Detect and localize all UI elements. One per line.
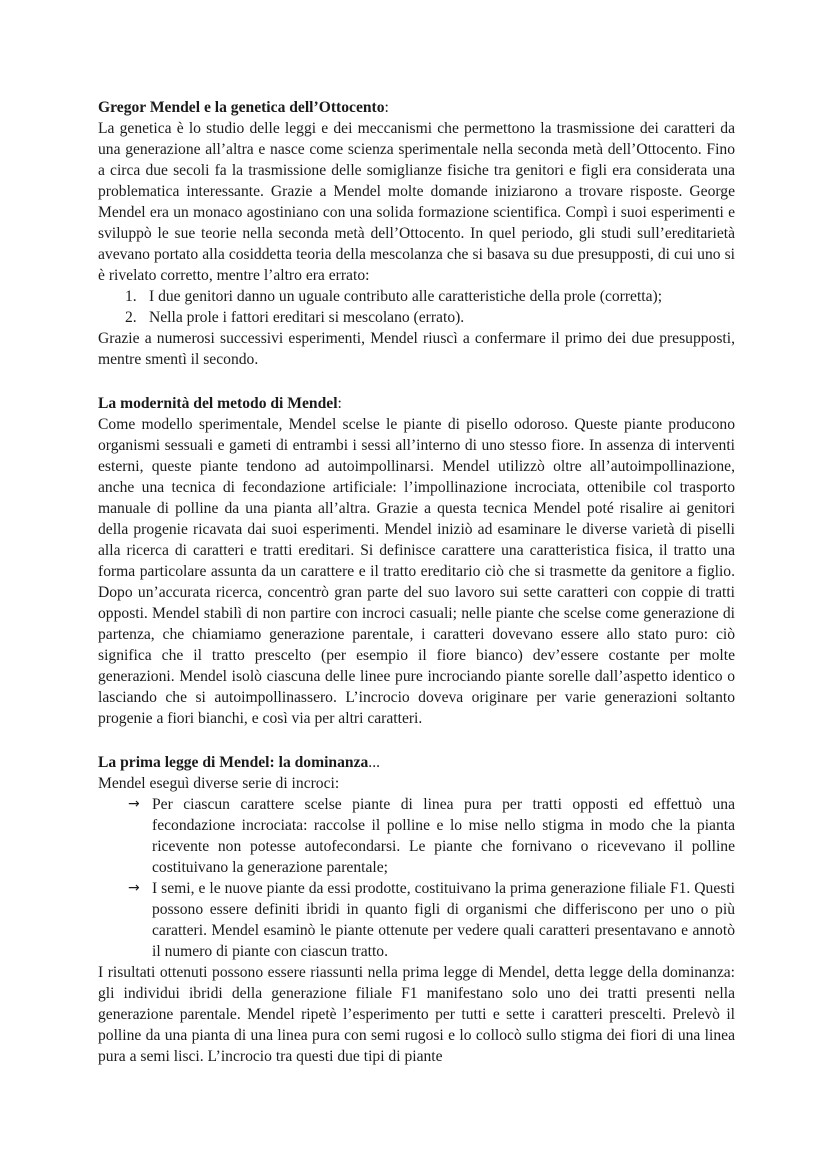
section-modernita-metodo: La modernità del metodo di Mendel: Come … [98,393,735,729]
section-heading-suffix: : [385,99,389,116]
arrow-bullet-icon: → [128,878,152,899]
section-heading: La modernità del metodo di Mendel: [98,393,735,414]
arrow-list: → Per ciascun carattere scelse piante di… [98,794,735,962]
list-item-text: I due genitori danno un uguale contribut… [149,286,735,307]
paragraph: La genetica è lo studio delle leggi e de… [98,118,735,286]
list-item-text: I semi, e le nuove piante da essi prodot… [152,878,735,962]
paragraph: I risultati ottenuti possono essere rias… [98,962,735,1067]
list-item: 2. Nella prole i fattori ereditari si me… [98,307,735,328]
paragraph: Come modello sperimentale, Mendel scelse… [98,414,735,729]
list-item-number: 2. [125,307,149,328]
list-item-text: Nella prole i fattori ereditari si mesco… [149,307,735,328]
section-heading: Gregor Mendel e la genetica dell’Ottocen… [98,97,735,118]
numbered-list: 1. I due genitori danno un uguale contri… [98,286,735,328]
list-item-text: Per ciascun carattere scelse piante di l… [152,794,735,878]
list-item: → I semi, e le nuove piante da essi prod… [98,878,735,962]
document-page: Gregor Mendel e la genetica dell’Ottocen… [0,0,828,1169]
list-item: → Per ciascun carattere scelse piante di… [98,794,735,878]
section-heading-text: La prima legge di Mendel: la dominanza [98,754,368,771]
paragraph: Grazie a numerosi successivi esperimenti… [98,328,735,370]
section-mendel-genetica: Gregor Mendel e la genetica dell’Ottocen… [98,97,735,370]
arrow-bullet-icon: → [128,794,152,815]
section-heading-text: La modernità del metodo di Mendel [98,395,338,412]
section-heading-suffix: ... [368,754,380,771]
section-heading: La prima legge di Mendel: la dominanza..… [98,752,735,773]
list-item: 1. I due genitori danno un uguale contri… [98,286,735,307]
section-heading-suffix: : [338,395,342,412]
section-heading-text: Gregor Mendel e la genetica dell’Ottocen… [98,99,385,116]
paragraph: Mendel eseguì diverse serie di incroci: [98,773,735,794]
list-item-number: 1. [125,286,149,307]
section-prima-legge: La prima legge di Mendel: la dominanza..… [98,752,735,1067]
